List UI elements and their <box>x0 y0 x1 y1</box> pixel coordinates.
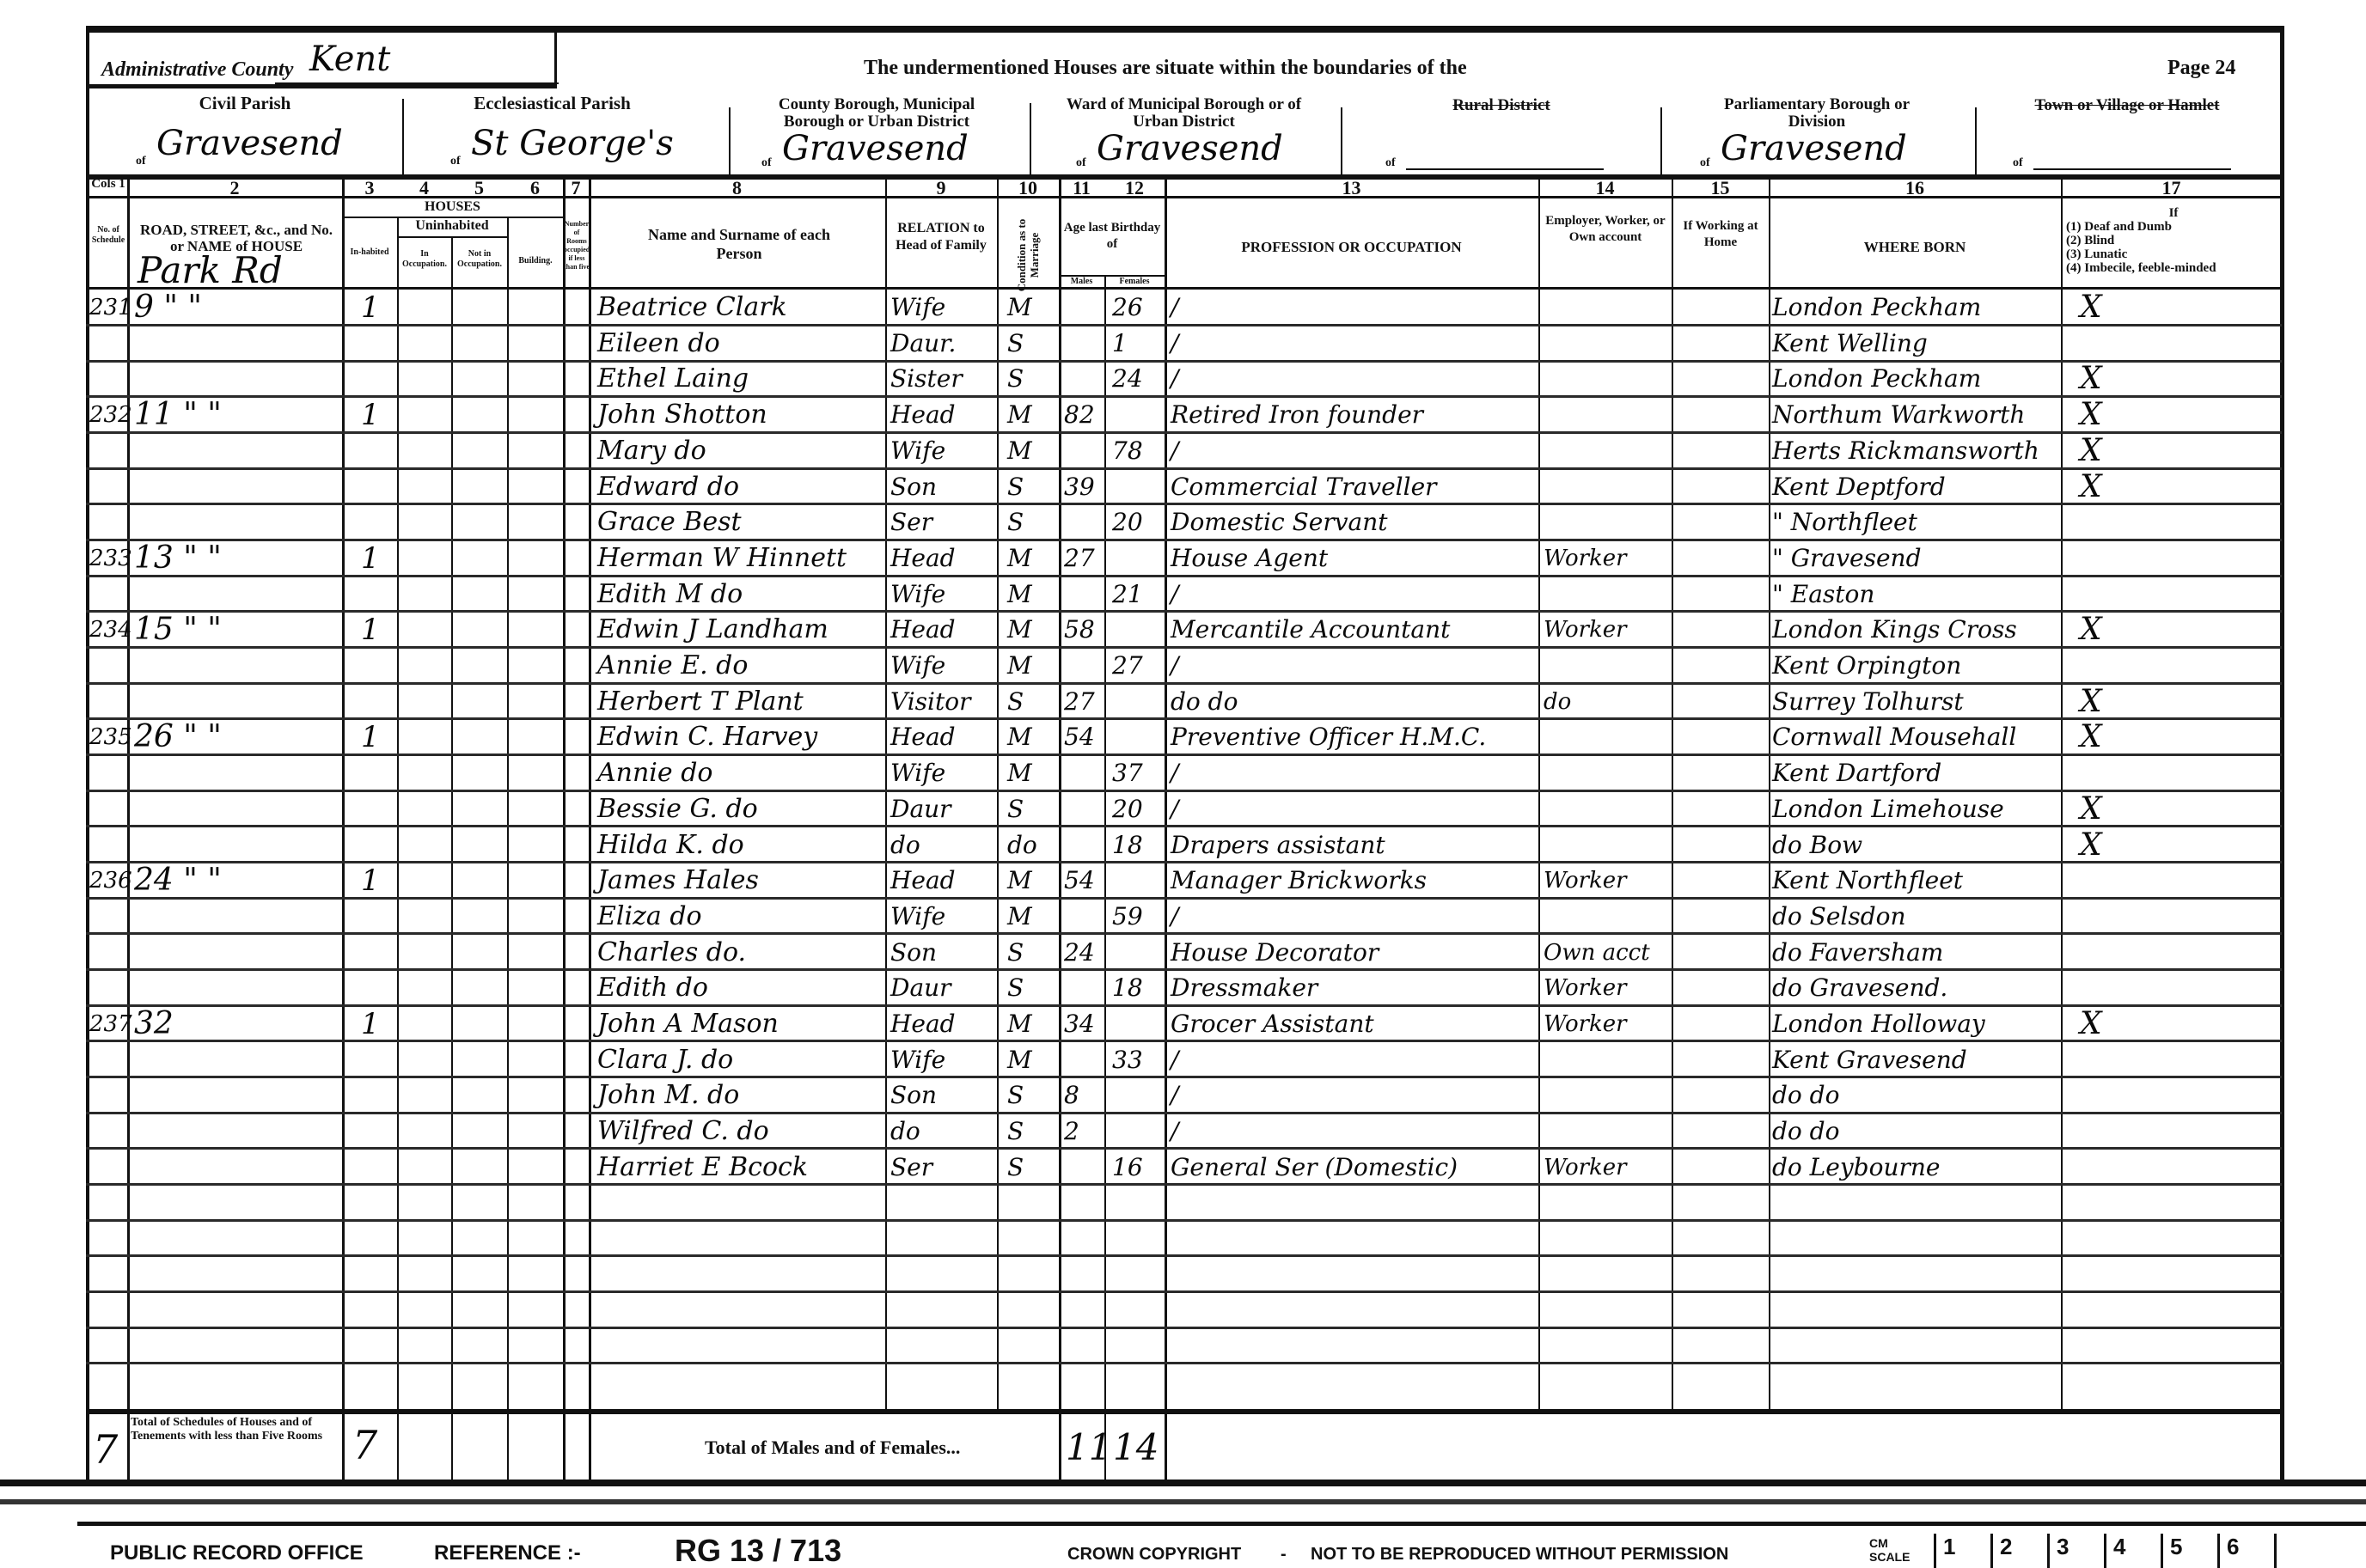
cell-name: Beatrice Clark <box>597 290 885 325</box>
cell-infirmity: X <box>2080 792 2277 827</box>
census-form: Administrative County Kent The underment… <box>0 0 2366 1568</box>
boundary-label: Ward of Municipal Borough or of Urban Di… <box>1064 96 1305 131</box>
cell-address: 11 " " <box>134 398 340 432</box>
cell-relation: Head <box>890 1007 997 1041</box>
page-number: Page 24 <box>2167 57 2235 80</box>
cell-infirmity: X <box>2080 434 2277 468</box>
cell-infirmity: X <box>2080 398 2277 432</box>
cell-where-born: " Northfleet <box>1772 505 2061 540</box>
cell-name: Annie do <box>597 756 885 790</box>
cell-name: Harriet E Bcock <box>597 1150 885 1185</box>
street-heading: Park Rd <box>138 249 283 291</box>
cell-condition: S <box>1007 362 1059 396</box>
cell-infirmity: X <box>2080 828 2277 863</box>
cell-infirmity: X <box>2080 1007 2277 1041</box>
boundary-municipal-borough: County Borough, Municipal Borough or Urb… <box>731 96 1023 176</box>
colnum-5: 5 <box>451 177 507 199</box>
title-line: The undermentioned Houses are situate wi… <box>864 57 1467 80</box>
cell-condition: S <box>1007 1078 1059 1113</box>
header-females: Females <box>1104 277 1165 287</box>
colnum-2: 2 <box>127 177 342 199</box>
cell-condition: S <box>1007 792 1059 827</box>
cell-where-born: Kent Deptford <box>1772 470 2061 504</box>
scale-mark: 5 <box>2161 1534 2220 1568</box>
cell-address: 24 " " <box>134 863 340 898</box>
colnum-4: 4 <box>397 177 451 199</box>
cell-relation: Head <box>890 541 997 576</box>
boundary-prefix: of <box>136 155 146 168</box>
colnum-17: 17 <box>2061 177 2282 199</box>
cell-address: 9 " " <box>134 290 340 325</box>
scale-end <box>2274 1534 2292 1568</box>
cell-occupation: Manager Brickworks <box>1171 863 1538 898</box>
cell-infirmity: X <box>2080 685 2277 719</box>
cell-occupation: / <box>1171 577 1538 612</box>
cell-occupation: / <box>1171 1078 1538 1113</box>
col-line <box>1104 275 1106 1480</box>
cell-relation: do <box>890 828 997 863</box>
header-name: Name and Surname of each Person <box>636 225 842 263</box>
header-houses: HOUSES <box>342 199 563 215</box>
cell-condition: S <box>1007 326 1059 361</box>
cell-age-male: 54 <box>1064 720 1104 754</box>
cell-name: Ethel Laing <box>597 362 885 396</box>
cell-relation: Wife <box>890 434 997 468</box>
boundary-label: Parliamentary Borough or Division <box>1709 96 1924 131</box>
cell-employment: Worker <box>1544 1150 1672 1185</box>
cell-name: Edwin C. Harvey <box>597 720 885 754</box>
boundary-prefix: of <box>761 156 772 169</box>
cell-relation: Wife <box>890 900 997 934</box>
boundary-label: Rural District <box>1342 96 1660 115</box>
cell-relation: Wife <box>890 577 997 612</box>
cell-name: Eileen do <box>597 326 885 361</box>
cell-where-born: do do <box>1772 1078 2061 1113</box>
cell-condition: M <box>1007 290 1059 325</box>
cell-address: 26 " " <box>134 720 340 754</box>
cell-employment: Worker <box>1544 1007 1672 1041</box>
cell-name: Annie E. do <box>597 649 885 683</box>
total-houses-count: 7 <box>352 1422 377 1468</box>
cell-occupation: Domestic Servant <box>1171 505 1538 540</box>
cell-inhabited: 1 <box>361 541 395 576</box>
cell-infirmity: X <box>2080 290 2277 325</box>
colnum-12: 12 <box>1104 177 1165 199</box>
cell-infirmity: X <box>2080 613 2277 647</box>
cell-occupation: Commercial Traveller <box>1171 470 1538 504</box>
cell-name: Hilda K. do <box>597 828 885 863</box>
admin-county-label: Administrative County <box>101 58 293 82</box>
footer-reference-label: REFERENCE :- <box>434 1541 581 1565</box>
boundary-value: Gravesend <box>1721 129 1907 168</box>
colnum-11: 11 <box>1059 177 1104 199</box>
header-uninhabited: Uninhabited <box>397 218 507 234</box>
cell-employment: Worker <box>1544 613 1672 647</box>
cell-condition: S <box>1007 971 1059 1005</box>
cell-name: James Hales <box>597 863 885 898</box>
cell-inhabited: 1 <box>361 720 395 754</box>
cell-condition: M <box>1007 756 1059 790</box>
admin-county-bottom <box>86 84 557 88</box>
colnum-10: 10 <box>997 177 1059 199</box>
cell-name: Edwin J Landham <box>597 613 885 647</box>
cell-where-born: Northum Warkworth <box>1772 398 2061 432</box>
cell-where-born: do do <box>1772 1114 2061 1149</box>
cell-occupation: Retired Iron founder <box>1171 398 1538 432</box>
cell-occupation: / <box>1171 756 1538 790</box>
total-males-females-label: Total of Males and of Females... <box>705 1437 960 1459</box>
cell-where-born: Kent Dartford <box>1772 756 2061 790</box>
cell-condition: M <box>1007 398 1059 432</box>
cell-where-born: Kent Northfleet <box>1772 863 2061 898</box>
header-working-home: If Working at Home <box>1676 218 1765 251</box>
cell-occupation: / <box>1171 434 1538 468</box>
cell-condition: S <box>1007 470 1059 504</box>
colnum-1: Cols 1 <box>89 177 127 192</box>
header-not-in-occupation: Not in Occupation. <box>455 249 504 270</box>
boundary-prefix: of <box>1385 156 1396 169</box>
cell-occupation: / <box>1171 900 1538 934</box>
cell-where-born: London Holloway <box>1772 1007 2061 1041</box>
form-bottom-border <box>0 1480 2366 1486</box>
boundary-civil-parish: Civil Parish of Gravesend <box>89 93 400 176</box>
cell-address: 13 " " <box>134 541 340 576</box>
colnum-9: 9 <box>885 177 997 199</box>
cell-occupation: Mercantile Accountant <box>1171 613 1538 647</box>
cell-occupation: / <box>1171 326 1538 361</box>
col-line <box>1059 177 1061 1480</box>
cell-age-male: 2 <box>1064 1114 1104 1149</box>
cell-condition: do <box>1007 828 1059 863</box>
cell-occupation: / <box>1171 1114 1538 1149</box>
cell-age-male: 82 <box>1064 398 1104 432</box>
cell-employment: Worker <box>1544 541 1672 576</box>
boundary-label: Town or Village or Hamlet <box>1977 96 2277 115</box>
cell-relation: do <box>890 1114 997 1149</box>
cell-where-born: Surrey Tolhurst <box>1772 685 2061 719</box>
cell-name: Wilfred C. do <box>597 1114 885 1149</box>
cell-address: 15 " " <box>134 613 340 647</box>
footer-scale-label: CM SCALE <box>1869 1536 1904 1564</box>
boundary-value: Gravesend <box>156 124 343 163</box>
cell-age-female: 16 <box>1112 1150 1165 1185</box>
cell-where-born: do Faversham <box>1772 936 2061 970</box>
cell-name: Edith do <box>597 971 885 1005</box>
cell-name: Clara J. do <box>597 1043 885 1077</box>
cell-schedule: 233 <box>89 541 127 576</box>
cell-relation: Daur. <box>890 326 997 361</box>
scale-mark: 2 <box>1990 1534 2050 1568</box>
form-bottom-shadow <box>0 1499 2366 1504</box>
cell-relation: Head <box>890 398 997 432</box>
cell-name: Herbert T Plant <box>597 685 885 719</box>
footer-separator: - <box>1281 1545 1287 1565</box>
cell-age-female: 24 <box>1112 362 1165 396</box>
cell-where-born: Kent Welling <box>1772 326 2061 361</box>
total-males: 11 <box>1066 1426 1111 1468</box>
cell-age-male: 39 <box>1064 470 1104 504</box>
boundary-prefix: of <box>1700 156 1710 169</box>
colnum-8: 8 <box>589 177 885 199</box>
cell-schedule: 232 <box>89 398 127 432</box>
cell-condition: M <box>1007 1007 1059 1041</box>
header-inhabited: In-habited <box>347 247 392 258</box>
cell-occupation: House Decorator <box>1171 936 1538 970</box>
cell-age-female: 27 <box>1112 649 1165 683</box>
cell-relation: Son <box>890 1078 997 1113</box>
cell-condition: S <box>1007 936 1059 970</box>
cell-relation: Head <box>890 863 997 898</box>
total-schedules-label: Total of Schedules of Houses and of Tene… <box>131 1416 337 1443</box>
cell-occupation: / <box>1171 792 1538 827</box>
cell-occupation: / <box>1171 1043 1538 1077</box>
cell-age-male: 34 <box>1064 1007 1104 1041</box>
scale-mark: 6 <box>2217 1534 2277 1568</box>
cell-age-female: 37 <box>1112 756 1165 790</box>
cell-condition: M <box>1007 613 1059 647</box>
cell-age-female: 20 <box>1112 505 1165 540</box>
col-line <box>1165 177 1167 1480</box>
cell-address: 32 <box>134 1007 340 1041</box>
cell-condition: M <box>1007 541 1059 576</box>
cell-age-female: 59 <box>1112 900 1165 934</box>
cell-condition: M <box>1007 577 1059 612</box>
admin-county-divider <box>554 33 557 88</box>
cell-inhabited: 1 <box>361 613 395 647</box>
footer-reference-value: RG 13 / 713 <box>675 1533 841 1568</box>
boundary-prefix: of <box>450 155 461 168</box>
cell-age-female: 1 <box>1112 326 1165 361</box>
colnum-14: 14 <box>1538 177 1672 199</box>
cell-condition: M <box>1007 649 1059 683</box>
col-line <box>451 238 453 1480</box>
admin-county-block: Administrative County Kent <box>95 45 559 88</box>
cell-relation: Wife <box>890 649 997 683</box>
cell-employment: do <box>1544 685 1672 719</box>
boundary-prefix: of <box>2013 156 2023 169</box>
colnum-15: 15 <box>1672 177 1769 199</box>
cell-where-born: do Gravesend. <box>1772 971 2061 1005</box>
cell-relation: Son <box>890 936 997 970</box>
cell-occupation: Dressmaker <box>1171 971 1538 1005</box>
cell-condition: M <box>1007 1043 1059 1077</box>
colnum-6: 6 <box>507 177 563 199</box>
colheader-divider <box>86 287 2282 290</box>
cell-relation: Wife <box>890 290 997 325</box>
cell-where-born: do Selsdon <box>1772 900 2061 934</box>
cell-name: Grace Best <box>597 505 885 540</box>
cell-where-born: do Leybourne <box>1772 1150 2061 1185</box>
cell-occupation: Drapers assistant <box>1171 828 1538 863</box>
col-line <box>342 177 345 1480</box>
cell-age-male: 24 <box>1064 936 1104 970</box>
colnum-3: 3 <box>342 177 397 199</box>
header-occupation: PROFESSION OR OCCUPATION <box>1165 239 1538 256</box>
cell-condition: S <box>1007 685 1059 719</box>
boundary-blank-line <box>1406 168 1604 170</box>
footer-office: PUBLIC RECORD OFFICE <box>110 1541 364 1565</box>
cell-age-female: 26 <box>1112 290 1165 325</box>
header-in-occupation: In Occupation. <box>400 249 449 270</box>
boundary-label: County Borough, Municipal Borough or Urb… <box>748 96 1006 131</box>
cell-name: Bessie G. do <box>597 792 885 827</box>
cell-where-born: Kent Gravesend <box>1772 1043 2061 1077</box>
scale-mark: 4 <box>2104 1534 2163 1568</box>
infirmity-3: (3) Lunatic <box>2066 247 2281 261</box>
cell-inhabited: 1 <box>361 290 395 325</box>
cell-condition: S <box>1007 1114 1059 1149</box>
infirmity-4: (4) Imbecile, feeble-minded <box>2066 261 2281 275</box>
cell-where-born: London Kings Cross <box>1772 613 2061 647</box>
cell-relation: Head <box>890 613 997 647</box>
colnum-16: 16 <box>1769 177 2061 199</box>
col-line <box>127 177 130 1480</box>
cell-inhabited: 1 <box>361 398 395 432</box>
scale-mark: 1 <box>1934 1534 1993 1568</box>
cell-occupation: House Agent <box>1171 541 1538 576</box>
cell-condition: M <box>1007 863 1059 898</box>
cell-name: Charles do. <box>597 936 885 970</box>
cell-age-male: 27 <box>1064 541 1104 576</box>
cell-infirmity: X <box>2080 720 2277 754</box>
total-schedules-count: 7 <box>93 1426 118 1473</box>
cell-age-female: 18 <box>1112 828 1165 863</box>
cell-relation: Visitor <box>890 685 997 719</box>
cell-infirmity: X <box>2080 362 2277 396</box>
cell-where-born: Kent Orpington <box>1772 649 2061 683</box>
cell-employment: Worker <box>1544 971 1672 1005</box>
cell-relation: Head <box>890 720 997 754</box>
cell-condition: M <box>1007 720 1059 754</box>
cell-relation: Wife <box>890 1043 997 1077</box>
cell-name: Mary do <box>597 434 885 468</box>
form-top-border <box>86 26 2282 33</box>
boundary-value: St George's <box>471 124 674 163</box>
admin-county-value: Kent <box>309 40 390 79</box>
boundary-ecclesiastical-parish: Ecclesiastical Parish of St George's <box>404 93 700 176</box>
cell-schedule: 236 <box>89 863 127 898</box>
cell-relation: Ser <box>890 505 997 540</box>
cell-name: John Shotton <box>597 398 885 432</box>
header-condition: Condition as to Marriage <box>1015 216 1041 295</box>
cell-age-male: 54 <box>1064 863 1104 898</box>
footer-copyright: CROWN COPYRIGHT <box>1067 1545 1241 1565</box>
cell-where-born: Herts Rickmansworth <box>1772 434 2061 468</box>
cell-occupation: do do <box>1171 685 1538 719</box>
total-females: 14 <box>1113 1426 1159 1468</box>
cell-age-female: 18 <box>1112 971 1165 1005</box>
cell-occupation: / <box>1171 649 1538 683</box>
cell-employment: Own acct <box>1544 936 1672 970</box>
cell-occupation: / <box>1171 290 1538 325</box>
cell-age-male: 27 <box>1064 685 1104 719</box>
header-males: Males <box>1059 277 1104 287</box>
cell-schedule: 235 <box>89 720 127 754</box>
boundary-rural-district: Rural District of <box>1342 96 1660 176</box>
cell-where-born: " Easton <box>1772 577 2061 612</box>
header-employment: Employer, Worker, or Own account <box>1542 213 1669 246</box>
cell-where-born: Cornwall Mousehall <box>1772 720 2061 754</box>
cell-name: John A Mason <box>597 1007 885 1041</box>
header-relation: RELATION to Head of Family <box>889 220 993 254</box>
col-line <box>563 177 566 1480</box>
cell-relation: Wife <box>890 756 997 790</box>
footer-notice: NOT TO BE REPRODUCED WITHOUT PERMISSION <box>1311 1545 1728 1565</box>
cell-age-female: 78 <box>1112 434 1165 468</box>
cell-where-born: London Peckham <box>1772 290 2061 325</box>
cell-name: Herman W Hinnett <box>597 541 885 576</box>
infirmity-2: (2) Blind <box>2066 234 2281 247</box>
cell-name: John M. do <box>597 1078 885 1113</box>
cell-schedule: 231 <box>89 290 127 325</box>
cell-where-born: London Limehouse <box>1772 792 2061 827</box>
cell-relation: Son <box>890 470 997 504</box>
boundary-parliamentary: Parliamentary Borough or Division of Gra… <box>1662 96 1972 176</box>
scale-mark: 3 <box>2047 1534 2106 1568</box>
footer-rule <box>77 1522 2366 1526</box>
cell-infirmity: X <box>2080 470 2277 504</box>
boundary-value: Gravesend <box>782 129 969 168</box>
cell-relation: Daur <box>890 792 997 827</box>
cell-age-female: 33 <box>1112 1043 1165 1077</box>
header-infirmity: If (1) Deaf and Dumb (2) Blind (3) Lunat… <box>2066 206 2281 275</box>
cell-relation: Ser <box>890 1150 997 1185</box>
header-building: Building. <box>509 256 562 266</box>
cell-relation: Sister <box>890 362 997 396</box>
infirmity-if: If <box>2066 206 2281 220</box>
cell-condition: M <box>1007 900 1059 934</box>
boundary-label: Ecclesiastical Parish <box>404 93 700 114</box>
cell-condition: S <box>1007 505 1059 540</box>
col-line <box>589 177 591 1480</box>
cell-condition: S <box>1007 1150 1059 1185</box>
header-schedule: No. of Schedule <box>89 225 127 246</box>
cell-name: Eliza do <box>597 900 885 934</box>
cell-inhabited: 1 <box>361 1007 395 1041</box>
boundary-prefix: of <box>1076 156 1086 169</box>
header-where-born: WHERE BORN <box>1769 239 2061 256</box>
cell-age-male: 8 <box>1064 1078 1104 1113</box>
cell-where-born: " Gravesend <box>1772 541 2061 576</box>
boundary-blank-line <box>2033 168 2231 170</box>
infirmity-1: (1) Deaf and Dumb <box>2066 220 2281 234</box>
cell-occupation: General Ser (Domestic) <box>1171 1150 1538 1185</box>
cell-name: Edward do <box>597 470 885 504</box>
colnum-7: 7 <box>563 177 589 199</box>
colnum-13: 13 <box>1165 177 1538 199</box>
header-age: Age last Birthday of <box>1062 220 1162 253</box>
cell-condition: M <box>1007 434 1059 468</box>
cell-relation: Daur <box>890 971 997 1005</box>
boundary-label: Civil Parish <box>89 93 400 114</box>
header-rooms: Number of Rooms occupied if less than fi… <box>564 220 590 272</box>
boundary-ward: Ward of Municipal Borough or of Urban Di… <box>1031 96 1336 176</box>
cell-occupation: / <box>1171 362 1538 396</box>
cell-employment: Worker <box>1544 863 1672 898</box>
cell-occupation: Preventive Officer H.M.C. <box>1171 720 1538 754</box>
cell-name: Edith M do <box>597 577 885 612</box>
cell-where-born: do Bow <box>1772 828 2061 863</box>
cell-schedule: 237 <box>89 1007 127 1041</box>
cell-where-born: London Peckham <box>1772 362 2061 396</box>
cell-age-female: 20 <box>1112 792 1165 827</box>
cell-occupation: Grocer Assistant <box>1171 1007 1538 1041</box>
cell-age-male: 58 <box>1064 613 1104 647</box>
cell-schedule: 234 <box>89 613 127 647</box>
boundary-town-village: Town or Village or Hamlet of <box>1977 96 2277 176</box>
cell-age-female: 21 <box>1112 577 1165 612</box>
boundary-value: Gravesend <box>1097 129 1283 168</box>
